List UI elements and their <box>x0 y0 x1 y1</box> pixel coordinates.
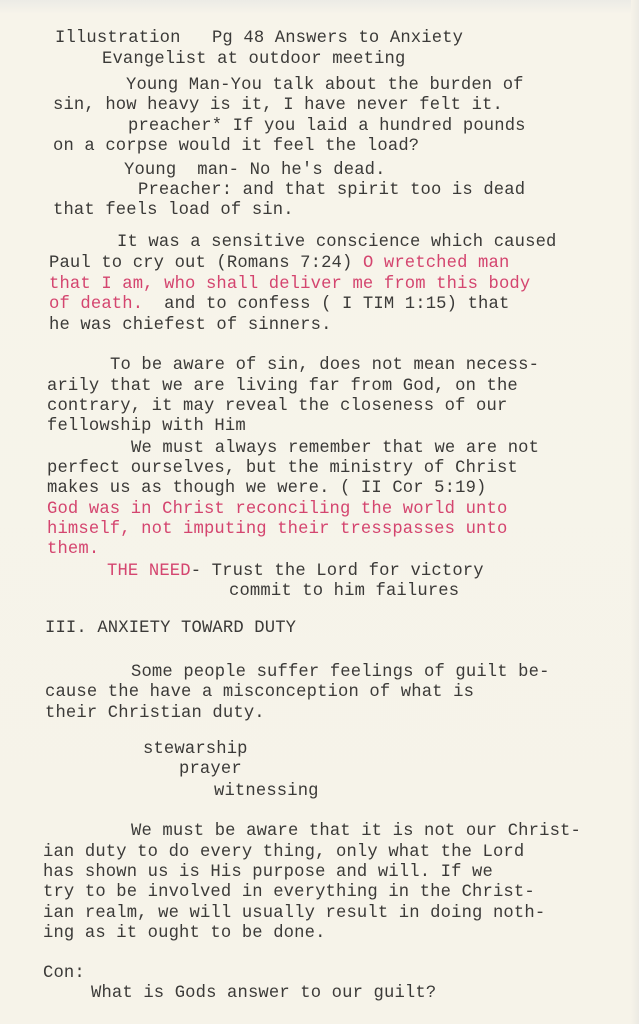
text-segment: We must always remember that we are not <box>131 439 539 458</box>
red-text-segment: O wretched man <box>363 254 510 273</box>
text-segment: makes us as though we were. ( II Cor 5:1… <box>47 479 487 498</box>
text-line: cause the have a misconception of what i… <box>45 683 474 703</box>
text-line: prayer <box>179 760 242 780</box>
text-segment: on a corpse would it feel the load? <box>53 137 419 156</box>
text-line: Young Man-You talk about the burden of <box>126 76 524 96</box>
text-line: Con: <box>43 964 85 984</box>
text-line: We must always remember that we are not <box>131 439 539 459</box>
text-segment: sin, how heavy is it, I have never felt … <box>53 96 503 115</box>
text-line: witnessing <box>214 782 319 802</box>
text-line: Some people suffer feelings of guilt be- <box>131 663 550 683</box>
text-line: What is Gods answer to our guilt? <box>91 984 436 1004</box>
text-line: on a corpse would it feel the load? <box>53 137 419 157</box>
text-line: ing as it ought to be done. <box>43 924 326 944</box>
text-segment: preacher* If you laid a hundred pounds <box>128 117 526 136</box>
text-line: III. ANXIETY TOWARD DUTY <box>45 619 296 639</box>
page-edge <box>631 0 639 1024</box>
text-segment: We must be aware that it is not our Chri… <box>131 822 581 841</box>
text-line: To be aware of sin, does not mean necess… <box>110 356 539 376</box>
text-segment: To be aware of sin, does not mean necess… <box>110 356 539 375</box>
text-segment: cause the have a misconception of what i… <box>45 683 474 702</box>
text-segment: - Trust the Lord for victory <box>191 562 484 581</box>
text-line: fellowship with Him <box>47 417 246 437</box>
text-line: them. <box>47 540 99 560</box>
text-segment: Evangelist at outdoor meeting <box>102 50 405 69</box>
text-line: Preacher: and that spirit too is dead <box>138 181 525 201</box>
text-segment: their Christian duty. <box>45 704 265 723</box>
text-segment: Paul to cry out (Romans 7:24) <box>49 254 363 273</box>
text-line: try to be involved in everything in the … <box>43 883 535 903</box>
text-segment: Young Man-You talk about the burden of <box>126 76 524 95</box>
text-line: It was a sensitive conscience which caus… <box>117 233 557 253</box>
text-segment: contrary, it may reveal the closeness of… <box>47 397 507 416</box>
text-segment: ian realm, we will usually result in doi… <box>43 904 545 923</box>
text-line: himself, not imputing their tresspasses … <box>47 520 507 540</box>
text-line: commit to him failures <box>229 582 459 602</box>
red-text-segment: THE NEED <box>107 562 191 581</box>
text-line: Illustration Pg 48 Answers to Anxiety <box>55 29 463 49</box>
red-text-segment: God was in Christ reconciling the world … <box>47 500 507 519</box>
red-text-segment: that I am, who shall deliver me from thi… <box>49 275 530 294</box>
text-line: ian realm, we will usually result in doi… <box>43 904 545 924</box>
text-line: makes us as though we were. ( II Cor 5:1… <box>47 479 487 499</box>
text-segment: Preacher: and that spirit too is dead <box>138 181 525 200</box>
text-segment: ing as it ought to be done. <box>43 924 326 943</box>
text-segment: III. ANXIETY TOWARD DUTY <box>45 619 296 638</box>
text-segment: Illustration Pg 48 Answers to Anxiety <box>55 29 463 48</box>
text-segment: commit to him failures <box>229 582 459 601</box>
typewritten-page: Illustration Pg 48 Answers to AnxietyEva… <box>0 0 639 1024</box>
text-line: God was in Christ reconciling the world … <box>47 500 507 520</box>
text-segment: that feels load of sin. <box>53 201 294 220</box>
text-segment: What is Gods answer to our guilt? <box>91 984 436 1003</box>
text-line: Paul to cry out (Romans 7:24) O wretched… <box>49 254 509 274</box>
text-segment: Some people suffer feelings of guilt be- <box>131 663 550 682</box>
text-segment: Con: <box>43 964 85 983</box>
text-segment: fellowship with Him <box>47 417 246 436</box>
text-line: perfect ourselves, but the ministry of C… <box>47 459 518 479</box>
red-text-segment: himself, not imputing their tresspasses … <box>47 520 507 539</box>
text-segment: try to be involved in everything in the … <box>43 883 535 902</box>
text-line: he was chiefest of sinners. <box>49 316 332 336</box>
text-segment: Young man- No he's dead. <box>124 161 386 180</box>
text-segment: perfect ourselves, but the ministry of C… <box>47 459 518 478</box>
text-segment: he was chiefest of sinners. <box>49 316 332 335</box>
text-segment: has shown us is His purpose and will. If… <box>43 863 493 882</box>
text-line: that feels load of sin. <box>53 201 294 221</box>
red-text-segment: them. <box>47 540 99 559</box>
text-line: sin, how heavy is it, I have never felt … <box>53 96 503 116</box>
text-line: THE NEED- Trust the Lord for victory <box>107 562 484 582</box>
text-line: of death. and to confess ( I TIM 1:15) t… <box>49 295 509 315</box>
text-line: contrary, it may reveal the closeness of… <box>47 397 507 417</box>
text-segment: and to confess ( I TIM 1:15) that <box>143 295 509 314</box>
text-line: We must be aware that it is not our Chri… <box>131 822 581 842</box>
red-text-segment: of death. <box>49 295 143 314</box>
text-segment: prayer <box>179 760 242 779</box>
text-line: ian duty to do every thing, only what th… <box>43 843 524 863</box>
text-line: has shown us is His purpose and will. If… <box>43 863 493 883</box>
text-segment: witnessing <box>214 782 319 801</box>
text-line: stewarship <box>143 740 248 760</box>
text-line: arily that we are living far from God, o… <box>47 377 518 397</box>
text-segment: stewarship <box>143 740 248 759</box>
text-segment: arily that we are living far from God, o… <box>47 377 518 396</box>
text-line: Young man- No he's dead. <box>124 161 386 181</box>
text-line: Evangelist at outdoor meeting <box>102 50 405 70</box>
text-line: their Christian duty. <box>45 704 265 724</box>
text-segment: It was a sensitive conscience which caus… <box>117 233 557 252</box>
text-line: that I am, who shall deliver me from thi… <box>49 275 530 295</box>
text-segment: ian duty to do every thing, only what th… <box>43 843 524 862</box>
text-line: preacher* If you laid a hundred pounds <box>128 117 526 137</box>
